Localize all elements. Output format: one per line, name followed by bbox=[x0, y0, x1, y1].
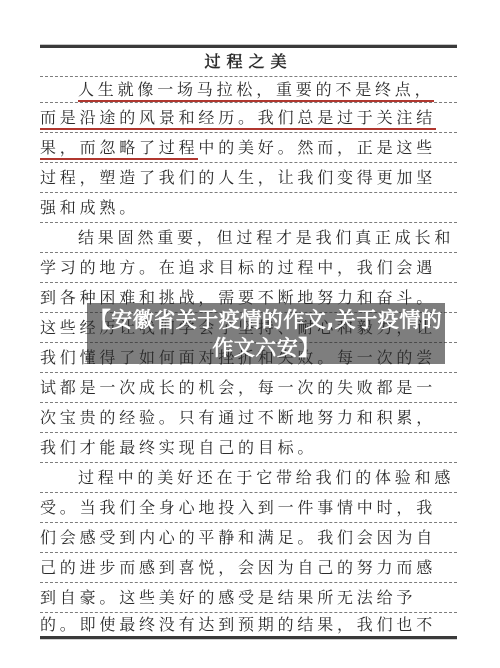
essay-line: 己的进步而感到喜悦，会因为自己的努力而感 bbox=[40, 553, 457, 583]
red-underlined-text: 而是沿途的风景和经历。我们总是过于关注结 bbox=[40, 108, 436, 130]
red-underlined-text: 果，而忽略了过程 bbox=[40, 138, 198, 160]
essay-line: 受。当我们全身心地投入到一件事情中时，我 bbox=[40, 493, 457, 523]
essay-page: 过程之美 人生就像一场马拉松，重要的不是终点，而是沿途的风景和经历。我们总是过于… bbox=[0, 0, 500, 668]
essay-line: 人生就像一场马拉松，重要的不是终点， bbox=[40, 77, 457, 103]
essay-text: 中的美好。然而，正是这些 bbox=[198, 138, 436, 157]
essay-line: 到自豪。这些美好的感受是结果所无法给予 bbox=[40, 583, 457, 613]
essay-line: 过程，塑造了我们的人生，让我们变得更加坚 bbox=[40, 163, 457, 193]
essay-line: 强和成熟。 bbox=[40, 193, 457, 223]
essay-line: 我们才能最终实现自己的目标。 bbox=[40, 433, 457, 463]
essay-line: 过程中的美好还在于它带给我们的体验和感 bbox=[40, 463, 457, 493]
essay-line: 试都是一次成长的机会，每一次的失败都是一 bbox=[40, 373, 457, 403]
essay-line: 的。即使最终没有达到预期的结果，我们也不 bbox=[40, 613, 457, 637]
watermark-text-line2: 作文六安】 bbox=[212, 334, 320, 362]
watermark-text-line1: 【安徽省关于疫情的作文,关于疫情的 bbox=[90, 306, 442, 334]
essay-line: 果，而忽略了过程中的美好。然而，正是这些 bbox=[40, 133, 457, 163]
essay-line: 们会感受到内心的平静和满足。我们会因为自 bbox=[40, 523, 457, 553]
essay-line: 结果固然重要，但过程才是我们真正成长和 bbox=[40, 223, 457, 253]
essay-line: 次宝贵的经验。只有通过不断地努力和积累， bbox=[40, 403, 457, 433]
red-underlined-text: 人生就像一场马拉松，重要的不是终点， bbox=[78, 80, 434, 102]
bottom-border-line bbox=[40, 636, 457, 640]
essay-line: 学习的地方。在追求目标的过程中，我们会遇 bbox=[40, 253, 457, 283]
watermark-overlay: 【安徽省关于疫情的作文,关于疫情的 作文六安】 bbox=[87, 303, 445, 364]
essay-title: 过程之美 bbox=[40, 48, 457, 77]
essay-line: 而是沿途的风景和经历。我们总是过于关注结 bbox=[40, 103, 457, 133]
